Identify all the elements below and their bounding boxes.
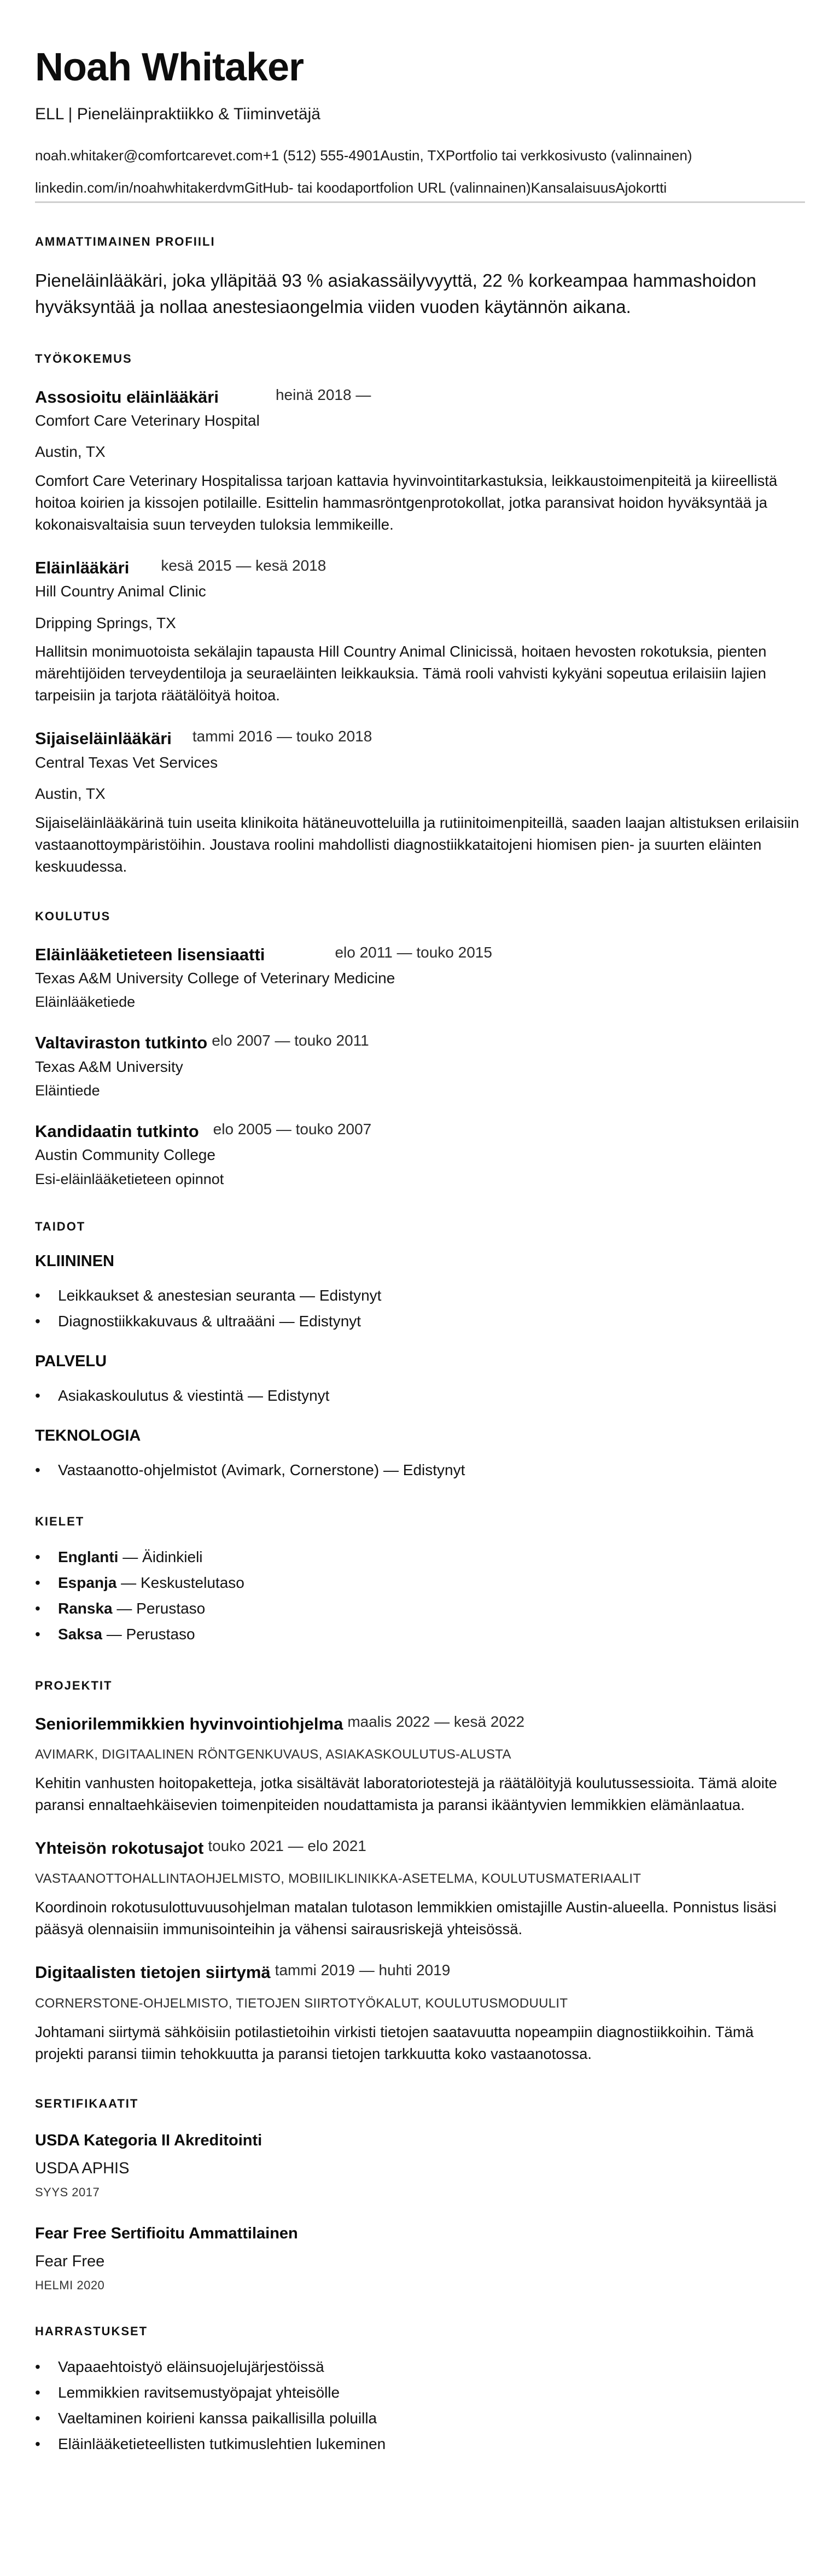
project-technologies: Avimark, digitaalinen röntgenkuvaus, asi… xyxy=(35,1747,805,1762)
project-description: Johtamani siirtymä sähköisiin potilastie… xyxy=(35,2021,805,2065)
project-name: Digitaalisten tietojen siirtymä xyxy=(35,1962,271,1982)
degree-dates: elo 2011 — touko 2015 xyxy=(335,944,492,961)
degree-dates: elo 2007 — touko 2011 xyxy=(212,1032,369,1049)
experience-section: Työkokemus Assosioitu eläinlääkäri heinä… xyxy=(35,352,805,878)
project-description: Kehitin vanhusten hoitopaketteja, jotka … xyxy=(35,1772,805,1816)
field-of-study: Eläinlääketiede xyxy=(35,994,805,1011)
school-name: Austin Community College xyxy=(35,1146,805,1164)
language-item: Espanja — Keskustelutaso xyxy=(35,1570,805,1596)
degree-title: Kandidaatin tutkinto xyxy=(35,1121,199,1141)
hobby-item: Eläinlääketieteellisten tutkimuslehtien … xyxy=(35,2431,805,2457)
linkedin-link[interactable]: linkedin.com/in/noahwhitakerdvm xyxy=(35,179,244,196)
certification-entry: Fear Free Sertifioitu Ammattilainen Fear… xyxy=(35,2225,805,2293)
section-title-hobbies: Harrastukset xyxy=(35,2324,805,2339)
skill-item: Vastaanotto-ohjelmistot (Avimark, Corner… xyxy=(35,1457,805,1483)
job-title: Sijaiseläinlääkäri xyxy=(35,728,172,749)
section-title-projects: Projektit xyxy=(35,1679,805,1693)
languages-section: Kielet Englanti — Äidinkieli Espanja — K… xyxy=(35,1515,805,1647)
job-title: Assosioitu eläinlääkäri xyxy=(35,387,219,407)
school-name: Texas A&M University xyxy=(35,1058,805,1076)
resume-page: Noah Whitaker ELL | Pieneläinpraktiikko … xyxy=(0,0,840,2490)
section-title-experience: Työkokemus xyxy=(35,352,805,366)
profile-section: Ammattimainen profiili Pieneläinlääkäri,… xyxy=(35,235,805,320)
project-technologies: Cornerstone-ohjelmisto, tietojen siirtot… xyxy=(35,1996,805,2011)
degree-title: Valtaviraston tutkinto xyxy=(35,1032,207,1053)
section-title-certifications: Sertifikaatit xyxy=(35,2097,805,2111)
field-of-study: Eläintiede xyxy=(35,1082,805,1099)
project-technologies: Vastaanottohallintaohjelmisto, mobiilikl… xyxy=(35,1871,805,1887)
certification-entry: USDA Kategoria II Akreditointi USDA APHI… xyxy=(35,2132,805,2200)
contact-row-primary: noah.whitaker@comfortcarevet.com +1 (512… xyxy=(35,147,805,164)
project-dates: maalis 2022 — kesä 2022 xyxy=(347,1714,524,1731)
projects-section: Projektit Seniorilemmikkien hyvinvointio… xyxy=(35,1679,805,2065)
phone-link[interactable]: +1 (512) 555-4901 xyxy=(263,147,381,164)
project-entry: Digitaalisten tietojen siirtymä tammi 20… xyxy=(35,1962,805,2064)
profile-summary: Pieneläinlääkäri, joka ylläpitää 93 % as… xyxy=(35,268,805,320)
job-description: Comfort Care Veterinary Hospitalissa tar… xyxy=(35,470,805,536)
education-entry: Eläinlääketieteen lisensiaatti elo 2011 … xyxy=(35,944,805,1011)
experience-entry: Sijaiseläinlääkäri tammi 2016 — touko 20… xyxy=(35,728,805,877)
project-entry: Yhteisön rokotusajot touko 2021 — elo 20… xyxy=(35,1838,805,1940)
skill-group-title: Kliininen xyxy=(35,1252,805,1270)
job-dates: tammi 2016 — touko 2018 xyxy=(192,728,372,745)
job-location: Dripping Springs, TX xyxy=(35,614,805,633)
project-name: Yhteisön rokotusajot xyxy=(35,1838,203,1858)
skill-item: Diagnostiikkakuvaus & ultraääni — Edisty… xyxy=(35,1308,805,1334)
hobby-item: Vapaaehtoistyö eläinsuojelujärjestöissä xyxy=(35,2354,805,2380)
experience-entry: Assosioitu eläinlääkäri heinä 2018 — Com… xyxy=(35,387,805,536)
certification-issuer: Fear Free xyxy=(35,2253,805,2271)
candidate-name: Noah Whitaker xyxy=(35,46,805,89)
project-entry: Seniorilemmikkien hyvinvointiohjelma maa… xyxy=(35,1714,805,1816)
contact-row-secondary: linkedin.com/in/noahwhitakerdvm GitHub- … xyxy=(35,179,805,196)
job-title: Eläinlääkäri xyxy=(35,558,129,578)
skill-group-title: Palvelu xyxy=(35,1353,805,1371)
header-divider xyxy=(35,201,805,203)
language-level: — Keskustelutaso xyxy=(116,1574,244,1591)
language-level: — Äidinkieli xyxy=(118,1548,202,1565)
skill-item: Asiakaskoulutus & viestintä — Edistynyt xyxy=(35,1383,805,1408)
skill-group-title: Teknologia xyxy=(35,1427,805,1445)
language-level: — Perustaso xyxy=(102,1626,195,1643)
field-of-study: Esi-eläinlääketieteen opinnot xyxy=(35,1171,805,1188)
project-dates: tammi 2019 — huhti 2019 xyxy=(275,1962,451,1979)
skill-group-technology: Teknologia Vastaanotto-ohjelmistot (Avim… xyxy=(35,1427,805,1483)
certification-issuer: USDA APHIS xyxy=(35,2160,805,2178)
job-description: Hallitsin monimuotoista sekälajin tapaus… xyxy=(35,641,805,706)
language-item: Saksa — Perustaso xyxy=(35,1621,805,1647)
education-entry: Kandidaatin tutkinto elo 2005 — touko 20… xyxy=(35,1121,805,1188)
project-description: Koordinoin rokotusulottuvuusohjelman mat… xyxy=(35,1896,805,1940)
skills-section: Taidot Kliininen Leikkaukset & anestesia… xyxy=(35,1220,805,1483)
employer: Hill Country Animal Clinic xyxy=(35,582,805,601)
job-location: Austin, TX xyxy=(35,785,805,803)
certification-date: syys 2017 xyxy=(35,2185,805,2200)
language-name: Ranska xyxy=(58,1600,113,1617)
job-dates: kesä 2015 — kesä 2018 xyxy=(161,558,326,575)
section-title-skills: Taidot xyxy=(35,1220,805,1234)
resume-header: Noah Whitaker ELL | Pieneläinpraktiikko … xyxy=(35,46,805,203)
job-description: Sijaiseläinlääkärinä tuin useita kliniko… xyxy=(35,812,805,878)
skill-item: Leikkaukset & anestesian seuranta — Edis… xyxy=(35,1283,805,1308)
degree-title: Eläinlääketieteen lisensiaatti xyxy=(35,944,265,965)
experience-entry: Eläinlääkäri kesä 2015 — kesä 2018 Hill … xyxy=(35,558,805,706)
language-name: Englanti xyxy=(58,1548,118,1565)
hobby-item: Vaeltaminen koirieni kanssa paikallisill… xyxy=(35,2405,805,2431)
project-name: Seniorilemmikkien hyvinvointiohjelma xyxy=(35,1714,343,1734)
contact-info: noah.whitaker@comfortcarevet.com +1 (512… xyxy=(35,147,805,196)
section-title-education: Koulutus xyxy=(35,909,805,924)
certification-name: USDA Kategoria II Akreditointi xyxy=(35,2132,805,2150)
section-title-profile: Ammattimainen profiili xyxy=(35,235,805,249)
job-dates: heinä 2018 — xyxy=(276,387,371,404)
education-entry: Valtaviraston tutkinto elo 2007 — touko … xyxy=(35,1032,805,1099)
employer: Comfort Care Veterinary Hospital xyxy=(35,411,805,430)
location-text: Austin, TX xyxy=(380,147,445,164)
language-item: Englanti — Äidinkieli xyxy=(35,1544,805,1570)
github-link[interactable]: GitHub- tai koodaportfolion URL (valinna… xyxy=(244,179,531,196)
degree-dates: elo 2005 — touko 2007 xyxy=(213,1121,372,1138)
language-level: — Perustaso xyxy=(113,1600,206,1617)
email-link[interactable]: noah.whitaker@comfortcarevet.com xyxy=(35,147,263,164)
skill-group-service: Palvelu Asiakaskoulutus & viestintä — Ed… xyxy=(35,1353,805,1408)
job-location: Austin, TX xyxy=(35,443,805,461)
employer: Central Texas Vet Services xyxy=(35,753,805,772)
drivers-license-text: Ajokortti xyxy=(615,179,667,196)
project-dates: touko 2021 — elo 2021 xyxy=(208,1838,366,1855)
certifications-section: Sertifikaatit USDA Kategoria II Akredito… xyxy=(35,2097,805,2293)
language-name: Saksa xyxy=(58,1626,102,1643)
hobbies-section: Harrastukset Vapaaehtoistyö eläinsuojelu… xyxy=(35,2324,805,2457)
education-section: Koulutus Eläinlääketieteen lisensiaatti … xyxy=(35,909,805,1188)
skill-group-clinical: Kliininen Leikkaukset & anestesian seura… xyxy=(35,1252,805,1334)
hobby-item: Lemmikkien ravitsemustyöpajat yhteisölle xyxy=(35,2380,805,2405)
citizenship-text: Kansalaisuus xyxy=(531,179,616,196)
section-title-languages: Kielet xyxy=(35,1515,805,1529)
language-item: Ranska — Perustaso xyxy=(35,1596,805,1621)
school-name: Texas A&M University College of Veterina… xyxy=(35,969,805,988)
portfolio-link[interactable]: Portfolio tai verkkosivusto (valinnainen… xyxy=(446,147,692,164)
certification-name: Fear Free Sertifioitu Ammattilainen xyxy=(35,2225,805,2243)
language-name: Espanja xyxy=(58,1574,116,1591)
certification-date: helmi 2020 xyxy=(35,2278,805,2293)
candidate-subtitle: ELL | Pieneläinpraktiikko & Tiiminvetäjä xyxy=(35,105,805,124)
